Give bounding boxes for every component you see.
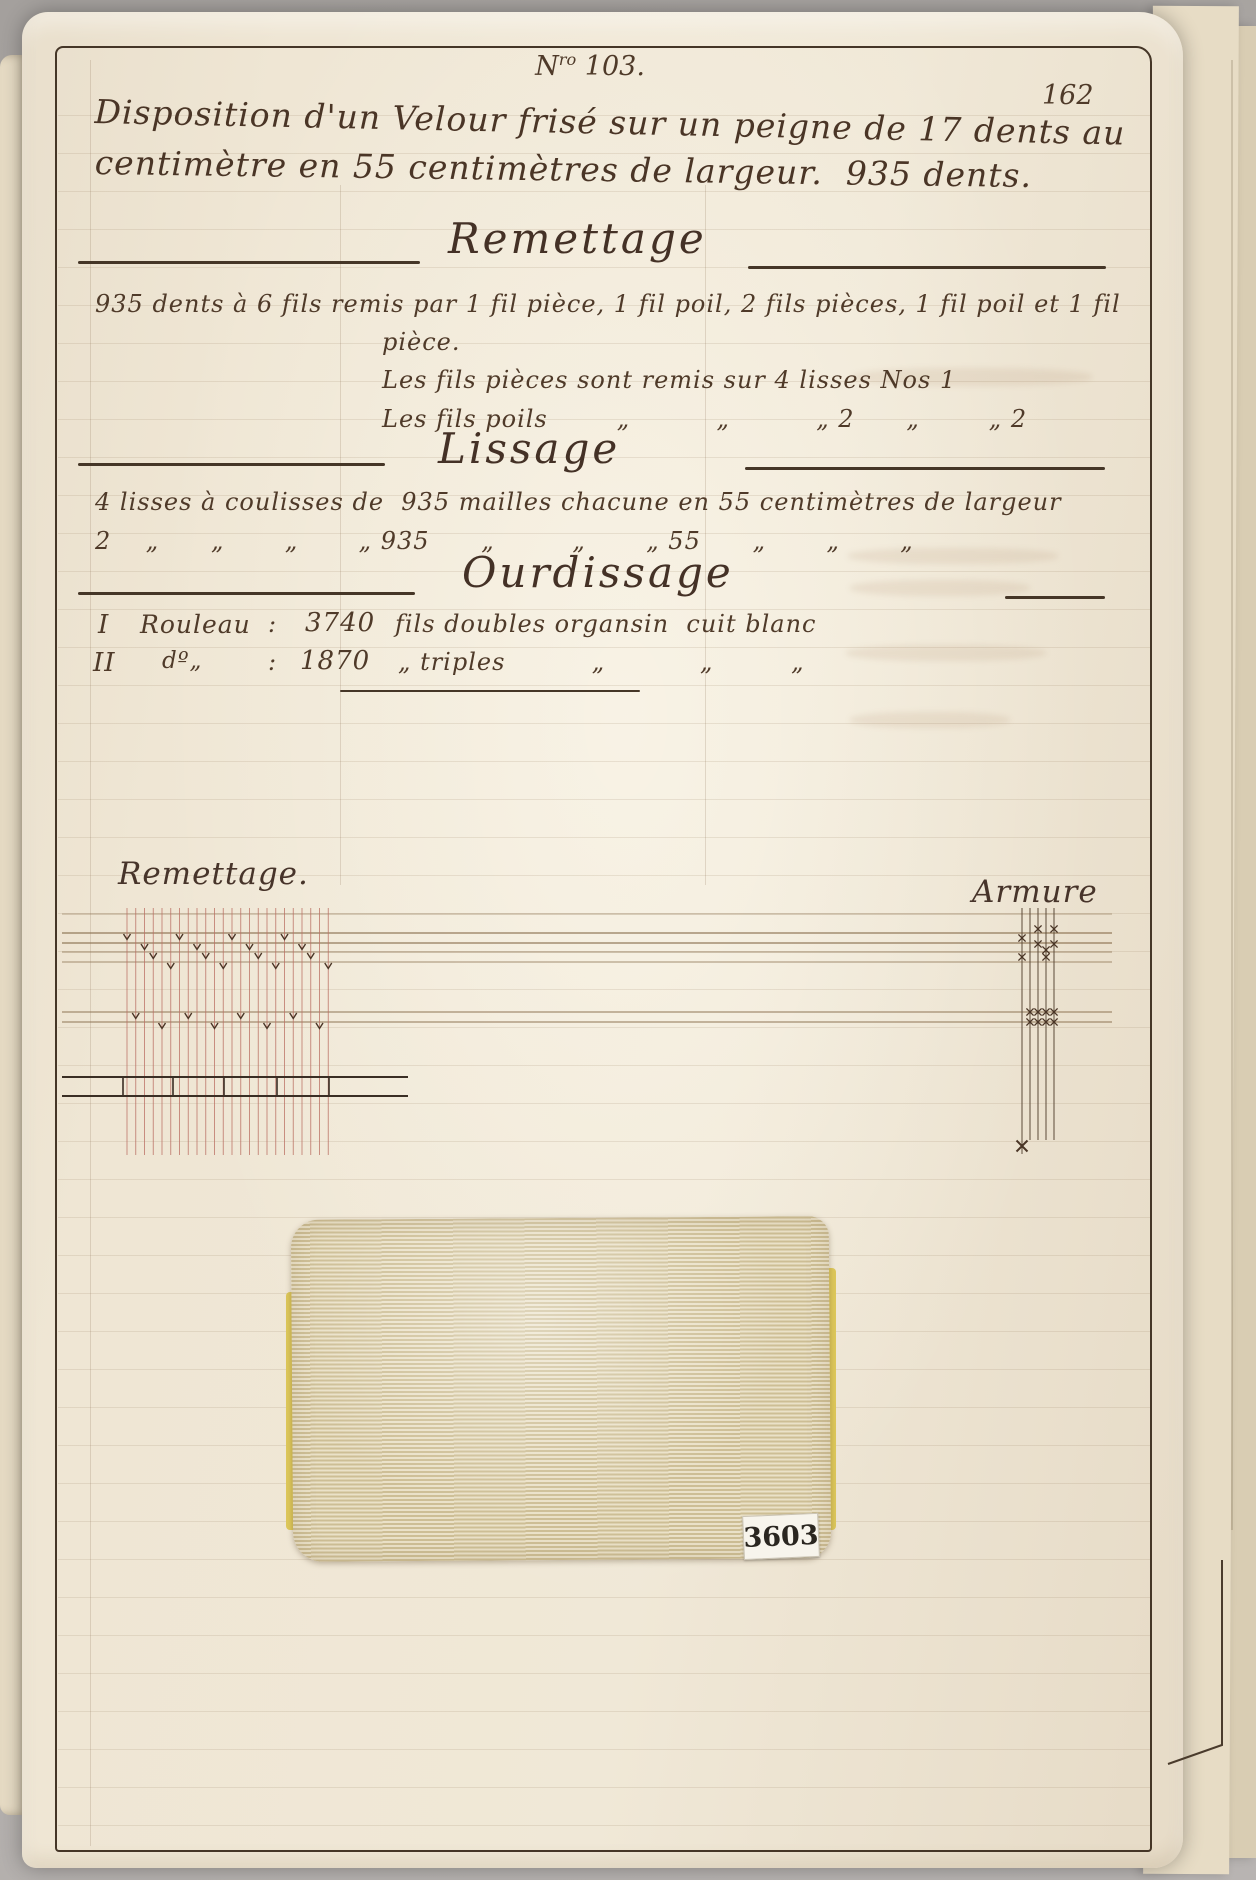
section-end-rule [340,690,640,692]
swatch-number-tag: 3603 [742,1513,820,1560]
page-number: 162 [1042,80,1094,111]
heading-rule [78,592,415,595]
heading-rule [748,266,1106,269]
ourdissage-row2-value: 1870 [300,646,370,676]
lissage-line1: 4 lisses à coulisses de 935 mailles chac… [95,488,1062,516]
ourdissage-row1-label: Rouleau [140,610,251,639]
ink-bleed [850,712,1010,728]
section-heading-ourdissage: Ourdissage [462,548,734,597]
ourdissage-row1-colon: : [268,610,277,638]
ourdissage-row2-label: dº„ [162,648,202,674]
heading-rule [745,467,1105,470]
ourdissage-row2-numeral: II [93,648,116,678]
doc-number-rest: 103. [576,51,645,82]
heading-rule [78,463,385,466]
remettage-line3: Les fils pièces sont remis sur 4 lisses … [382,366,956,394]
ourdissage-row2-colon: : [268,648,277,676]
heading-rule [1005,596,1105,599]
section-heading-remettage: Remettage [448,214,707,263]
ourdissage-row1-numeral: I [98,610,109,640]
doc-number: Nro 103. [500,50,680,82]
ink-bleed [846,645,1046,661]
doc-number-sup: ro [559,50,576,69]
fabric-swatch: 3603 [291,1216,831,1562]
diagram-label-remettage: Remettage. [118,856,309,892]
ourdissage-row2-desc: „ triples „ „ „ [398,648,805,676]
book-scan: Nro 103. 162 Disposition d'un Velour fri… [0,0,1256,1880]
section-heading-lissage: Lissage [438,424,620,473]
remettage-line1: 935 dents à 6 fils remis par 1 fil pièce… [95,290,1121,318]
ourdissage-row1-value: 3740 [305,608,375,638]
heading-rule [78,261,420,264]
doc-number-n: N [535,51,559,82]
ourdissage-row1-desc: fils doubles organsin cuit blanc [395,610,817,638]
ink-bleed [850,580,1030,596]
diagram-label-armure: Armure [972,874,1098,910]
remettage-line2: pièce. [382,328,461,356]
